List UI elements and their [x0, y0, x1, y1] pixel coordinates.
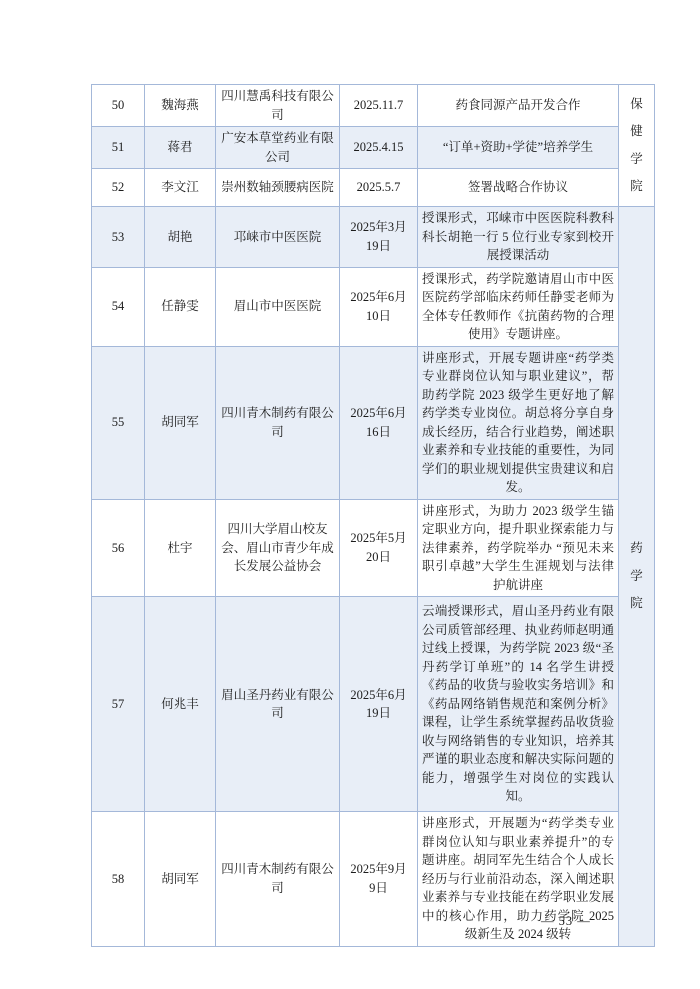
- table-row: 54 任静雯 眉山市中医医院 2025年6月10日 授课形式，药学院邀请眉山市中…: [92, 267, 655, 346]
- contact-name: 何兆丰: [145, 597, 216, 812]
- page-number: — 53 —: [541, 914, 591, 929]
- organization: 四川青木制药有限公司: [216, 346, 340, 499]
- contact-name: 李文江: [145, 169, 216, 207]
- table-row: 57 何兆丰 眉山圣丹药业有限公司 2025年6月19日 云端授课形式，眉山圣丹…: [92, 597, 655, 812]
- description: 药食同源产品开发合作: [418, 85, 619, 127]
- row-number: 50: [92, 85, 145, 127]
- contact-name: 魏海燕: [145, 85, 216, 127]
- row-number: 55: [92, 346, 145, 499]
- date-cell: 2025年5月20日: [340, 499, 418, 597]
- contact-name: 任静雯: [145, 267, 216, 346]
- date-line: 2025年6月: [344, 686, 413, 705]
- date-cell: 2025年6月10日: [340, 267, 418, 346]
- organization: 邛崃市中医医院: [216, 207, 340, 268]
- date-line: 2025年3月: [344, 218, 413, 237]
- table-row: 53 胡艳 邛崃市中医医院 2025年3月19日 授课形式，邛崃市中医医院科教科…: [92, 207, 655, 268]
- organization: 眉山圣丹药业有限公司: [216, 597, 340, 812]
- date-line: 2025年6月: [344, 404, 413, 423]
- organization: 崇州数轴颈腰病医院: [216, 169, 340, 207]
- contact-name: 胡艳: [145, 207, 216, 268]
- row-number: 52: [92, 169, 145, 207]
- contact-name: 蒋君: [145, 127, 216, 169]
- college-cell-pharmacy: 药学院: [619, 207, 655, 947]
- college-vertical-label: 保健学院: [630, 91, 644, 201]
- date-cell: 2025.11.7: [340, 85, 418, 127]
- row-number: 58: [92, 812, 145, 947]
- date-cell: 2025.5.7: [340, 169, 418, 207]
- college-cell-health: 保健学院: [619, 85, 655, 207]
- description: 签署战略合作协议: [418, 169, 619, 207]
- description: 讲座形式，开展专题讲座“药学类专业群岗位认知与职业建议”，帮助药学院 2023 …: [418, 346, 619, 499]
- date-line: 2025年9月: [344, 860, 413, 879]
- table-row: 56 杜宇 四川大学眉山校友会、眉山市青少年成长发展公益协会 2025年5月20…: [92, 499, 655, 597]
- date-line: 2025.4.15: [344, 138, 413, 157]
- date-line: 2025.5.7: [344, 178, 413, 197]
- college-vertical-label: 药学院: [630, 535, 644, 618]
- date-cell: 2025.4.15: [340, 127, 418, 169]
- date-cell: 2025年6月19日: [340, 597, 418, 812]
- date-line: 2025.11.7: [344, 96, 413, 115]
- organization: 眉山市中医医院: [216, 267, 340, 346]
- table-row: 50 魏海燕 四川慧禹科技有限公司 2025.11.7 药食同源产品开发合作 保…: [92, 85, 655, 127]
- row-number: 56: [92, 499, 145, 597]
- row-number: 53: [92, 207, 145, 268]
- date-line: 19日: [344, 704, 413, 723]
- description: 授课形式，邛崃市中医医院科教科科长胡艳一行 5 位行业专家到校开展授课活动: [418, 207, 619, 268]
- table-row: 55 胡同军 四川青木制药有限公司 2025年6月16日 讲座形式，开展专题讲座…: [92, 346, 655, 499]
- date-line: 19日: [344, 237, 413, 256]
- document-page: 50 魏海燕 四川慧禹科技有限公司 2025.11.7 药食同源产品开发合作 保…: [0, 0, 700, 989]
- table-row: 51 蒋君 广安本草堂药业有限公司 2025.4.15 “订单+资助+学徒”培养…: [92, 127, 655, 169]
- description: 云端授课形式，眉山圣丹药业有限公司质管部经理、执业药师赵明通过线上授课，为药学院…: [418, 597, 619, 812]
- cooperation-table: 50 魏海燕 四川慧禹科技有限公司 2025.11.7 药食同源产品开发合作 保…: [91, 84, 655, 947]
- date-line: 16日: [344, 423, 413, 442]
- organization: 四川大学眉山校友会、眉山市青少年成长发展公益协会: [216, 499, 340, 597]
- date-line: 20日: [344, 548, 413, 567]
- organization: 四川青木制药有限公司: [216, 812, 340, 947]
- date-line: 9日: [344, 879, 413, 898]
- date-line: 10日: [344, 307, 413, 326]
- contact-name: 杜宇: [145, 499, 216, 597]
- date-cell: 2025年3月19日: [340, 207, 418, 268]
- contact-name: 胡同军: [145, 812, 216, 947]
- organization: 广安本草堂药业有限公司: [216, 127, 340, 169]
- date-cell: 2025年6月16日: [340, 346, 418, 499]
- description: 授课形式，药学院邀请眉山市中医医院药学部临床药师任静雯老师为全体专任教师作《抗菌…: [418, 267, 619, 346]
- description: 讲座形式，为助力 2023 级学生锚定职业方向，提升职业探索能力与法律素养，药学…: [418, 499, 619, 597]
- description: “订单+资助+学徒”培养学生: [418, 127, 619, 169]
- row-number: 57: [92, 597, 145, 812]
- row-number: 54: [92, 267, 145, 346]
- date-line: 2025年6月: [344, 288, 413, 307]
- date-line: 2025年5月: [344, 529, 413, 548]
- row-number: 51: [92, 127, 145, 169]
- organization: 四川慧禹科技有限公司: [216, 85, 340, 127]
- table-row: 52 李文江 崇州数轴颈腰病医院 2025.5.7 签署战略合作协议: [92, 169, 655, 207]
- contact-name: 胡同军: [145, 346, 216, 499]
- date-cell: 2025年9月9日: [340, 812, 418, 947]
